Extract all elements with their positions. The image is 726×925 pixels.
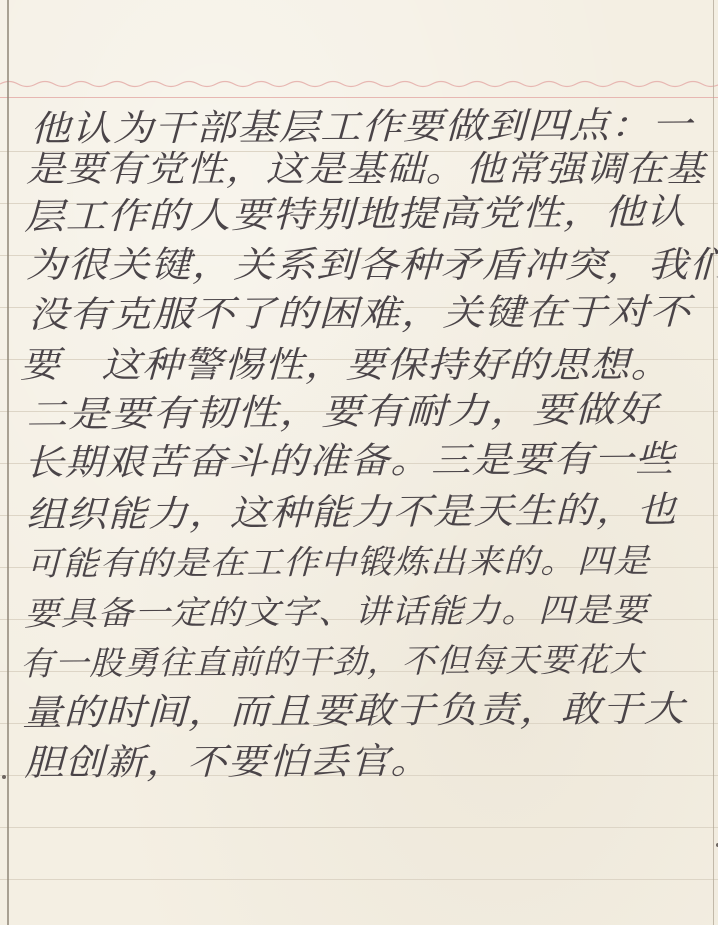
ruled-line xyxy=(0,879,718,880)
text-line-10: 可能有的是在工作中锻炼出来的。四是 xyxy=(26,535,651,590)
binding-hole-mark xyxy=(2,775,6,779)
text-line-11: 要具备一定的文字、讲话能力。四是要 xyxy=(24,584,649,640)
text-line-8: 长期艰苦奋斗的准备。三是要有一些 xyxy=(24,434,676,490)
left-margin-line xyxy=(7,0,9,925)
right-margin-line xyxy=(713,0,714,925)
text-line-4: 为很关键，关系到各种矛盾冲突，我们 xyxy=(26,240,718,292)
text-line-3: 层工作的人要特别地提高党性，他认 xyxy=(24,187,688,244)
header-rule xyxy=(0,97,718,98)
ruled-line xyxy=(0,827,718,828)
text-line-9: 组织能力，这种能力不是天生的，也 xyxy=(26,485,678,542)
text-line-7: 二是要有韧性，要有耐力，要做好 xyxy=(26,384,659,442)
header-wavy-line xyxy=(0,78,718,90)
manuscript-page: 他认为干部基层工作要做到四点：一 是要有党性，这是基础。他常强调在基 层工作的人… xyxy=(0,0,718,925)
scan-edge-strip xyxy=(718,0,726,925)
text-line-5: 没有克服不了的困难，关键在于对不 xyxy=(28,287,691,342)
text-line-14: 胆创新，不要怕丢官。 xyxy=(24,736,431,790)
text-line-12: 有一股勇往直前的干劲，不但每天要花大 xyxy=(20,634,645,690)
text-line-13: 量的时间，而且要敢于负责，敢于大 xyxy=(22,684,685,740)
